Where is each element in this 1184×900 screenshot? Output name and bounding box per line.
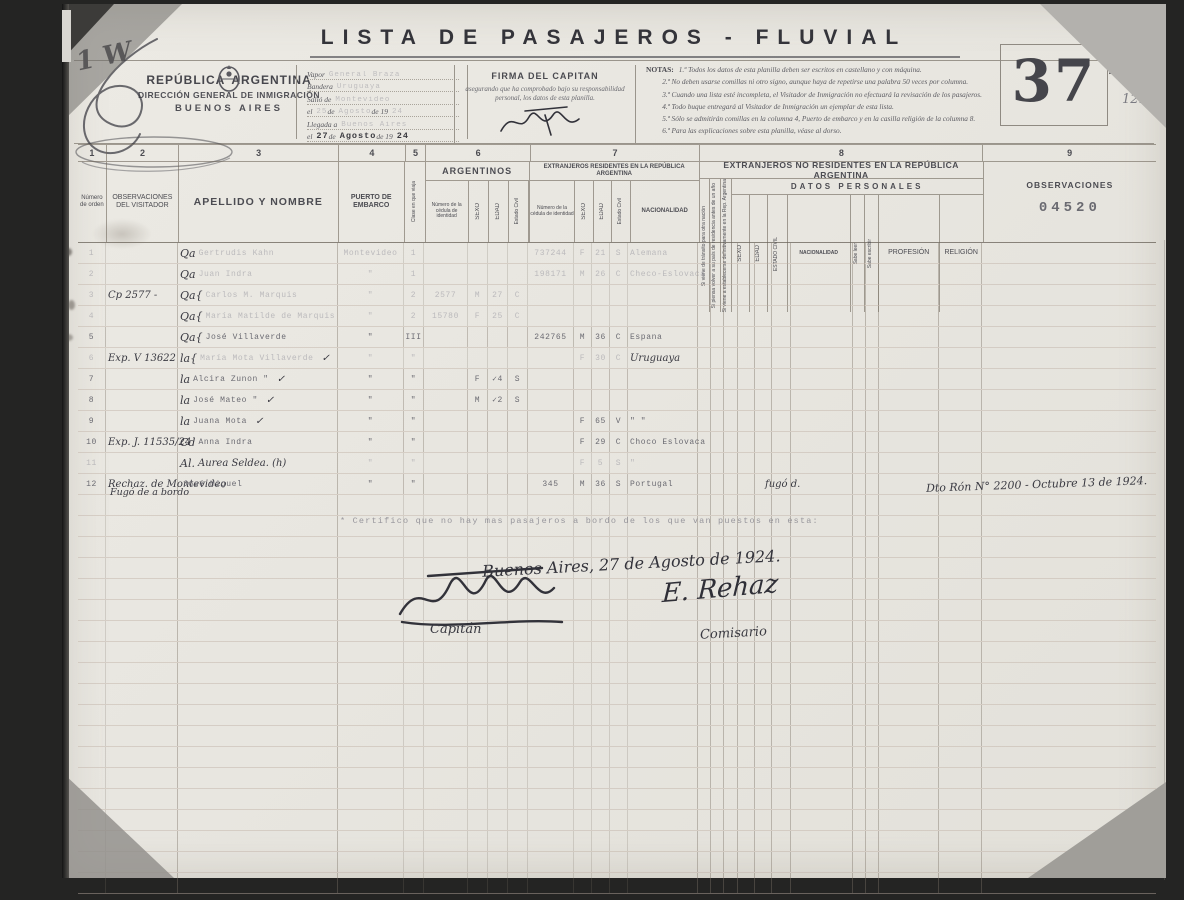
- cell-volver: [711, 831, 724, 851]
- cell-res-cedula: [528, 537, 574, 557]
- cell-nores-estado: [772, 768, 791, 788]
- cell-observaciones: [982, 516, 1156, 536]
- cell-arg-sexo: [468, 684, 488, 704]
- cell-establecerse: [724, 726, 738, 746]
- cell-res-estado: V: [610, 411, 628, 431]
- cell-arg-edad: [488, 789, 508, 809]
- cell-transito: [698, 495, 711, 515]
- certification-line: * Certifico que no hay mas pasajeros a b…: [340, 516, 819, 526]
- cell-sabe-escribir: [866, 264, 879, 284]
- title-underline: [310, 56, 960, 58]
- cell-volver: [711, 411, 724, 431]
- cell-res-edad: [592, 600, 610, 620]
- cell-res-estado: [610, 369, 628, 389]
- cell-arg-sexo: [468, 705, 488, 725]
- cell-arg-cedula: [424, 810, 468, 830]
- cell-sabe-leer: [853, 348, 866, 368]
- cell-profesion: [879, 537, 939, 557]
- cell-arg-edad: ✓2: [488, 390, 508, 410]
- cell-res-nacionalidad: ": [628, 453, 698, 473]
- cell-res-edad: 21: [592, 243, 610, 263]
- cell-arg-cedula: [424, 369, 468, 389]
- cell-arg-cedula: [424, 726, 468, 746]
- cell-clase: 2: [404, 285, 424, 305]
- cell-res-sexo: F: [574, 432, 592, 452]
- cell-nores-nacionalidad: [791, 768, 853, 788]
- cell-nores-estado: [772, 348, 791, 368]
- cell-arg-estado: C: [508, 306, 528, 326]
- cell-res-edad: [592, 810, 610, 830]
- cell-apellido-nombre: CdAnna Indra: [178, 432, 338, 452]
- cell-arg-cedula: [424, 831, 468, 851]
- cell-res-nacionalidad: [628, 621, 698, 641]
- cell-res-edad: 36: [592, 474, 610, 494]
- cell-sabe-leer: [853, 810, 866, 830]
- cell-clase: 2: [404, 306, 424, 326]
- cell-arg-cedula: [424, 642, 468, 662]
- cell-apellido-nombre: Al.Aurea Seldea. (h): [178, 453, 338, 473]
- header-apellido-nombre: APELLIDO Y NOMBRE: [179, 162, 338, 242]
- cell-nores-nacionalidad: [791, 348, 853, 368]
- cell-nores-nacionalidad: [791, 327, 853, 347]
- cell-clase: [404, 684, 424, 704]
- cell-sabe-leer: [853, 390, 866, 410]
- cell-res-estado: [610, 747, 628, 767]
- notas-block: NOTAS:1.ª Todos los datos de esta planil…: [646, 64, 1002, 138]
- cell-religion: [939, 390, 982, 410]
- cell-arg-sexo: F: [468, 306, 488, 326]
- cell-apellido-nombre: la{María Mota Villaverde✓: [178, 348, 338, 368]
- cell-puerto: ": [338, 327, 404, 347]
- cell-nores-edad: [755, 747, 772, 767]
- cell-nores-nacionalidad: [791, 390, 853, 410]
- cell-nores-sexo: [738, 327, 755, 347]
- cell-res-cedula: [528, 642, 574, 662]
- cell-arg-edad: 27: [488, 285, 508, 305]
- cell-numero: 12: [78, 474, 106, 494]
- cell-religion: [939, 684, 982, 704]
- cell-religion: [939, 243, 982, 263]
- cell-nores-sexo: [738, 873, 755, 893]
- header-res-nacionalidad: NACIONALIDAD: [631, 181, 699, 242]
- cell-nores-nacionalidad: [791, 558, 853, 578]
- cell-arg-estado: [508, 873, 528, 893]
- cell-apellido-nombre: [178, 852, 338, 872]
- cell-nores-sexo: [738, 600, 755, 620]
- cell-res-sexo: [574, 831, 592, 851]
- cell-observaciones-visitador: [106, 264, 178, 284]
- cell-res-nacionalidad: [628, 810, 698, 830]
- cell-puerto: ": [338, 285, 404, 305]
- header-group-extranjeros-residentes: EXTRANJEROS RESIDENTES EN LA REPÚBLICA A…: [530, 162, 700, 242]
- header-datos-personales: DATOS PERSONALES: [732, 179, 983, 195]
- col-number: 8: [700, 145, 983, 161]
- cell-arg-sexo: [468, 411, 488, 431]
- cell-nores-nacionalidad: [791, 579, 853, 599]
- cell-transito: [698, 474, 711, 494]
- cell-religion: [939, 453, 982, 473]
- cell-arg-estado: [508, 726, 528, 746]
- llegada-year: 24: [397, 131, 409, 141]
- cell-arg-sexo: [468, 831, 488, 851]
- cell-arg-cedula: [424, 264, 468, 284]
- cell-arg-sexo: [468, 726, 488, 746]
- table-row: 12 Rechaz. de MontevideoFugó de a bordo …: [78, 474, 1156, 495]
- cell-res-edad: [592, 537, 610, 557]
- cell-numero: [78, 684, 106, 704]
- cell-establecerse: [724, 327, 738, 347]
- cell-sabe-escribir: [866, 873, 879, 893]
- cell-arg-edad: [488, 705, 508, 725]
- cell-sabe-leer: [853, 264, 866, 284]
- cell-observaciones-visitador: [106, 516, 178, 536]
- cell-transito: [698, 390, 711, 410]
- firma-subtitle: asegurando que ha comprobado bajo su res…: [463, 85, 627, 103]
- cell-numero: 5: [78, 327, 106, 347]
- cell-profesion: [879, 747, 939, 767]
- cell-profesion: [879, 369, 939, 389]
- cell-volver: [711, 327, 724, 347]
- cell-arg-sexo: [468, 243, 488, 263]
- cell-nores-estado: [772, 831, 791, 851]
- cell-res-estado: [610, 768, 628, 788]
- cell-sabe-escribir: [866, 768, 879, 788]
- cell-numero: [78, 663, 106, 683]
- cell-transito: [698, 348, 711, 368]
- cell-res-edad: 30: [592, 348, 610, 368]
- cell-apellido-nombre: [178, 789, 338, 809]
- cell-res-nacionalidad: [628, 768, 698, 788]
- cell-res-cedula: [528, 411, 574, 431]
- cell-apellido-nombre: [178, 810, 338, 830]
- nota-item: 5.ª Sólo se admitirán comillas en la col…: [662, 113, 975, 125]
- cell-volver: [711, 285, 724, 305]
- cell-nores-sexo: [738, 705, 755, 725]
- cell-res-estado: [610, 705, 628, 725]
- cell-nores-edad: [755, 600, 772, 620]
- cell-res-cedula: [528, 306, 574, 326]
- table-row: [78, 726, 1156, 747]
- cell-res-cedula: [528, 348, 574, 368]
- cell-observaciones-visitador: [106, 390, 178, 410]
- cell-transito: [698, 663, 711, 683]
- cell-arg-edad: [488, 642, 508, 662]
- cell-arg-sexo: F: [468, 369, 488, 389]
- cell-volver: [711, 747, 724, 767]
- cell-numero: [78, 768, 106, 788]
- cell-numero: 4: [78, 306, 106, 326]
- cell-res-cedula: [528, 369, 574, 389]
- cell-clase: ": [404, 411, 424, 431]
- cell-sabe-leer: [853, 579, 866, 599]
- cell-arg-edad: [488, 768, 508, 788]
- cell-nores-nacionalidad: [791, 747, 853, 767]
- paper-sheet: LISTA DE PASAJEROS - FLUVIAL REPÚBLICA A…: [62, 4, 1166, 878]
- cell-nores-estado: [772, 726, 791, 746]
- cell-religion: [939, 516, 982, 536]
- cell-establecerse: [724, 432, 738, 452]
- cell-establecerse: [724, 306, 738, 326]
- cell-volver: [711, 243, 724, 263]
- cell-nores-edad: [755, 390, 772, 410]
- cell-nores-sexo: [738, 285, 755, 305]
- cell-res-edad: [592, 369, 610, 389]
- cell-religion: [939, 327, 982, 347]
- cell-res-sexo: [574, 873, 592, 893]
- cell-establecerse: [724, 495, 738, 515]
- cell-res-sexo: [574, 705, 592, 725]
- cell-arg-cedula: [424, 768, 468, 788]
- header-argentinos-title: ARGENTINOS: [426, 162, 529, 181]
- cell-nores-edad: [755, 495, 772, 515]
- cell-res-estado: C: [610, 348, 628, 368]
- cell-religion: [939, 831, 982, 851]
- cell-apellido-nombre: [178, 747, 338, 767]
- cell-transito: [698, 768, 711, 788]
- table-row: 5 Qa{José Villaverde " III 242765 M 36 C…: [78, 327, 1156, 348]
- cell-establecerse: [724, 810, 738, 830]
- cell-res-edad: 29: [592, 432, 610, 452]
- cell-arg-estado: S: [508, 369, 528, 389]
- cell-nores-estado: [772, 852, 791, 872]
- cell-sabe-leer: [853, 285, 866, 305]
- cell-transito: [698, 873, 711, 893]
- cell-sabe-leer: [853, 831, 866, 851]
- cell-nores-nacionalidad: [791, 873, 853, 893]
- cell-nores-edad: [755, 453, 772, 473]
- header-res-estado: Estado Civil: [612, 181, 630, 242]
- cell-nores-sexo: [738, 495, 755, 515]
- cell-apellido-nombre: [178, 642, 338, 662]
- cell-arg-estado: [508, 495, 528, 515]
- cell-arg-edad: 25: [488, 306, 508, 326]
- cell-nores-edad: [755, 684, 772, 704]
- cell-res-estado: [610, 663, 628, 683]
- cell-arg-estado: [508, 810, 528, 830]
- cell-clase: [404, 831, 424, 851]
- cell-res-cedula: [528, 810, 574, 830]
- cell-religion: [939, 348, 982, 368]
- cell-nores-sexo: [738, 306, 755, 326]
- cell-nores-estado: [772, 285, 791, 305]
- cell-observaciones: [982, 432, 1156, 452]
- cell-arg-edad: [488, 873, 508, 893]
- cell-res-edad: [592, 873, 610, 893]
- cell-puerto: [338, 747, 404, 767]
- cell-nores-sexo: [738, 747, 755, 767]
- cell-res-nacionalidad: [628, 642, 698, 662]
- header-group-extranjeros-no-residentes: EXTRANJEROS NO RESIDENTES EN LA REPÚBLIC…: [700, 162, 984, 242]
- header-res-edad: EDAD: [594, 181, 612, 242]
- cell-res-edad: 5: [592, 453, 610, 473]
- cell-religion: [939, 306, 982, 326]
- cell-volver: [711, 474, 724, 494]
- cell-puerto: [338, 873, 404, 893]
- cell-res-estado: [610, 285, 628, 305]
- cell-profesion: [879, 432, 939, 452]
- cell-apellido-nombre: [178, 537, 338, 557]
- table-row: [78, 789, 1156, 810]
- cell-sabe-leer: [853, 600, 866, 620]
- cell-religion: [939, 747, 982, 767]
- header-arg-edad: EDAD: [489, 181, 509, 242]
- cell-arg-cedula: [424, 495, 468, 515]
- table-row: 3 Cp 2577 - Qa{Carlos M. Marquis " 2 257…: [78, 285, 1156, 306]
- cell-apellido-nombre: José Miguel: [178, 474, 338, 494]
- cell-arg-cedula: 2577: [424, 285, 468, 305]
- cell-profesion: [879, 327, 939, 347]
- cell-apellido-nombre: [178, 621, 338, 641]
- cell-nores-estado: [772, 873, 791, 893]
- cell-observaciones-visitador: Exp. V 13622: [106, 348, 178, 368]
- cell-transito: [698, 831, 711, 851]
- cell-numero: [78, 600, 106, 620]
- cell-religion: [939, 789, 982, 809]
- col-number: 3: [179, 145, 339, 161]
- cell-profesion: [879, 579, 939, 599]
- table-row: [78, 705, 1156, 726]
- cell-establecerse: [724, 768, 738, 788]
- vapor-value: General Braza: [329, 71, 401, 79]
- cell-profesion: [879, 264, 939, 284]
- cell-arg-cedula: 15780: [424, 306, 468, 326]
- cell-res-estado: C: [610, 264, 628, 284]
- cell-res-cedula: [528, 873, 574, 893]
- cell-observaciones: [982, 684, 1156, 704]
- cell-sabe-leer: [853, 726, 866, 746]
- header-ext-nores-title: EXTRANJEROS NO RESIDENTES EN LA REPÚBLIC…: [700, 162, 983, 179]
- cell-res-cedula: [528, 684, 574, 704]
- col-number: 9: [983, 145, 1156, 161]
- cell-res-estado: [610, 831, 628, 851]
- cell-sabe-leer: [853, 306, 866, 326]
- cell-clase: ": [404, 369, 424, 389]
- cell-res-sexo: [574, 642, 592, 662]
- cell-transito: [698, 789, 711, 809]
- serial-stamp: 04520: [1039, 200, 1101, 216]
- cell-res-estado: [610, 684, 628, 704]
- cell-arg-estado: C: [508, 285, 528, 305]
- cell-res-estado: [610, 873, 628, 893]
- cell-arg-edad: [488, 852, 508, 872]
- cell-nores-sexo: [738, 369, 755, 389]
- cell-sabe-leer: [853, 516, 866, 536]
- cell-arg-cedula: [424, 747, 468, 767]
- cell-numero: 10: [78, 432, 106, 452]
- cell-observaciones-visitador: [106, 621, 178, 641]
- table-header: Número de orden OBSERVACIONES DEL VISITA…: [78, 162, 1156, 243]
- cell-res-sexo: [574, 369, 592, 389]
- cell-volver: [711, 684, 724, 704]
- cell-arg-sexo: M: [468, 390, 488, 410]
- cell-transito: [698, 369, 711, 389]
- ink-spot: [68, 300, 75, 310]
- cell-establecerse: [724, 285, 738, 305]
- cell-sabe-escribir: [866, 789, 879, 809]
- cell-nores-edad: [755, 285, 772, 305]
- cell-apellido-nombre: [178, 579, 338, 599]
- cell-arg-cedula: [424, 474, 468, 494]
- cell-sabe-leer: [853, 789, 866, 809]
- cell-res-cedula: 737244: [528, 243, 574, 263]
- cell-sabe-escribir: [866, 600, 879, 620]
- cell-observaciones: [982, 495, 1156, 515]
- cell-nores-edad: [755, 873, 772, 893]
- cell-res-estado: [610, 579, 628, 599]
- header-group-argentinos: ARGENTINOS Número de la cédula de identi…: [426, 162, 530, 242]
- cell-observaciones-visitador: [106, 747, 178, 767]
- cell-establecerse: [724, 747, 738, 767]
- cell-nores-estado: [772, 705, 791, 725]
- cell-volver: [711, 369, 724, 389]
- cell-puerto: [338, 768, 404, 788]
- cell-apellido-nombre: Qa{María Matilde de Marquis: [178, 306, 338, 326]
- cell-arg-cedula: [424, 390, 468, 410]
- cell-apellido-nombre: [178, 705, 338, 725]
- cell-arg-sexo: [468, 768, 488, 788]
- cell-nores-nacionalidad: [791, 411, 853, 431]
- cell-numero: [78, 726, 106, 746]
- cell-res-sexo: [574, 390, 592, 410]
- notas-label: NOTAS:: [646, 64, 674, 76]
- cell-nores-estado: [772, 264, 791, 284]
- cell-observaciones-visitador: [106, 369, 178, 389]
- cell-nores-estado: [772, 789, 791, 809]
- cell-numero: 7: [78, 369, 106, 389]
- cell-religion: [939, 621, 982, 641]
- cell-observaciones: [982, 327, 1156, 347]
- cell-observaciones: [982, 411, 1156, 431]
- cell-res-edad: [592, 642, 610, 662]
- cell-arg-sexo: [468, 348, 488, 368]
- cell-nores-nacionalidad: [791, 243, 853, 263]
- cell-establecerse: [724, 831, 738, 851]
- cell-nores-edad: [755, 306, 772, 326]
- cell-profesion: [879, 243, 939, 263]
- binding-edge: [62, 4, 69, 878]
- cell-clase: [404, 810, 424, 830]
- cell-profesion: [879, 852, 939, 872]
- table-row: [78, 642, 1156, 663]
- cell-nores-edad: [755, 327, 772, 347]
- cell-nores-nacionalidad: [791, 831, 853, 851]
- cell-profesion: [879, 453, 939, 473]
- cell-sabe-leer: [853, 243, 866, 263]
- cell-arg-edad: [488, 327, 508, 347]
- cell-nores-nacionalidad: [791, 432, 853, 452]
- cell-nores-nacionalidad: [791, 810, 853, 830]
- cell-observaciones-visitador: [106, 600, 178, 620]
- cell-sabe-leer: [853, 768, 866, 788]
- cell-clase: [404, 747, 424, 767]
- cell-arg-edad: [488, 348, 508, 368]
- cell-puerto: [338, 663, 404, 683]
- cell-nores-sexo: [738, 411, 755, 431]
- cell-religion: [939, 432, 982, 452]
- cell-arg-estado: [508, 453, 528, 473]
- cell-res-edad: [592, 705, 610, 725]
- cell-puerto: [338, 726, 404, 746]
- header-observaciones: OBSERVACIONES 04520: [984, 162, 1156, 242]
- cell-puerto: Montevideo: [338, 243, 404, 263]
- cell-volver: [711, 348, 724, 368]
- cell-puerto: ": [338, 432, 404, 452]
- cell-sabe-escribir: [866, 285, 879, 305]
- cell-res-sexo: [574, 684, 592, 704]
- cell-profesion: [879, 558, 939, 578]
- cell-nores-nacionalidad: [791, 453, 853, 473]
- cell-res-sexo: F: [574, 453, 592, 473]
